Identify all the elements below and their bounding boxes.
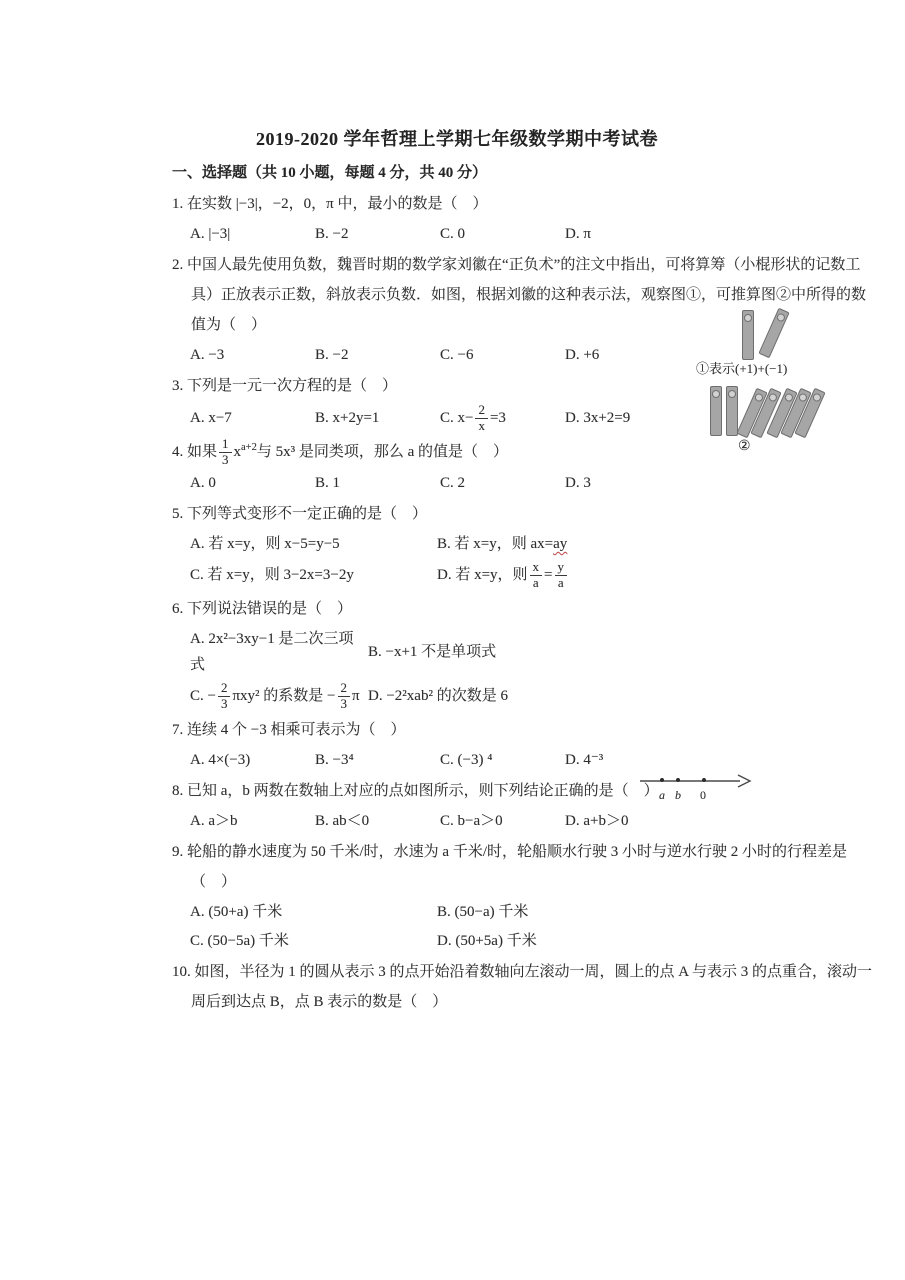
question-9-option-c: C. (50−5a) 千米: [190, 928, 437, 954]
question-3-option-a: A. x−7: [190, 405, 315, 431]
question-8-option-d: D. a+b＞0: [565, 808, 874, 834]
question-6-option-c: C. −23πxy² 的系数是 −23π: [190, 681, 368, 712]
option-text: B. 若 x=y，则 ax=: [437, 536, 553, 552]
question-1-option-c: C. 0: [440, 221, 565, 247]
question-8-stem: 8. 已知 a，b 两数在数轴上对应的点如图所示，则下列结论正确的是（ ）: [172, 776, 874, 806]
question-8-option-b: B. ab＜0: [315, 808, 440, 834]
fraction-denominator: 3: [338, 697, 351, 712]
question-9-options-row-1: A. (50+a) 千米 B. (50−a) 千米: [172, 899, 874, 925]
question-10: 10. 如图，半径为 1 的圆从表示 3 的点开始沿着数轴向左滚动一周，圆上的点…: [172, 957, 874, 1017]
fraction-denominator: a: [555, 576, 568, 591]
question-5-stem: 5. 下列等式变形不一定正确的是（ ）: [172, 499, 874, 529]
question-1-option-b: B. −2: [315, 221, 440, 247]
question-6-stem: 6. 下列说法错误的是（ ）: [172, 594, 874, 624]
fraction-denominator: x: [475, 419, 488, 434]
question-5-option-b: B. 若 x=y，则 ax=ay: [437, 531, 874, 557]
question-6-option-b: B. −x+1 不是单项式: [368, 639, 874, 665]
counting-rod-vertical: [710, 386, 722, 436]
numberline-label-zero: 0: [700, 788, 706, 802]
question-2-option-b: B. −2: [315, 342, 440, 368]
numberline-point-zero: [702, 778, 706, 782]
question-5-options-row-2: C. 若 x=y，则 3−2x=3−2y D. 若 x=y，则xa=ya: [172, 560, 874, 591]
question-10-stem: 10. 如图，半径为 1 的圆从表示 3 的点开始沿着数轴向左滚动一周，圆上的点…: [172, 957, 874, 1017]
numberline-label-b: b: [675, 788, 681, 802]
fraction: 2x: [475, 403, 488, 434]
fraction-numerator: 2: [475, 403, 488, 419]
question-5: 5. 下列等式变形不一定正确的是（ ） A. 若 x=y，则 x−5=y−5 B…: [172, 499, 874, 591]
question-4-options: A. 0 B. 1 C. 2 D. 3: [172, 470, 874, 496]
stem-text: 与 5x³ 是同类项，那么 a 的值是（ ）: [257, 444, 508, 460]
question-2: 2. 中国人最先使用负数，魏晋时期的数学家刘徽在“正负术”的注文中指出，可将算筹…: [172, 250, 874, 368]
question-7-option-a: A. 4×(−3): [190, 747, 315, 773]
fraction-denominator: 3: [219, 453, 232, 468]
stem-text: 4. 如果: [172, 444, 217, 460]
option-text: C. x−: [440, 410, 473, 426]
question-6: 6. 下列说法错误的是（ ） A. 2x²−3xy−1 是二次三项式 B. −x…: [172, 594, 874, 712]
numberline-point-b: [676, 778, 680, 782]
question-4-option-b: B. 1: [315, 470, 440, 496]
option-text: =3: [490, 410, 506, 426]
rods-figure-caption-2: ②: [738, 438, 778, 456]
option-text: C. −: [190, 688, 216, 704]
question-1-option-d: D. π: [565, 221, 874, 247]
question-7-options: A. 4×(−3) B. −3⁴ C. (−3) ⁴ D. 4⁻³: [172, 747, 874, 773]
question-5-option-d: D. 若 x=y，则xa=ya: [437, 560, 874, 591]
fraction-numerator: y: [555, 560, 568, 576]
counting-rod-slanted: [758, 308, 789, 359]
question-4-option-d: D. 3: [565, 470, 874, 496]
counting-rods-figure: ①表示(+1)+(−1) ②: [696, 300, 878, 462]
question-6-option-d: D. −2²xab² 的次数是 6: [368, 683, 874, 709]
option-text: =: [544, 567, 552, 583]
stem-text: x: [234, 444, 242, 460]
question-8-option-c: C. b−a＞0: [440, 808, 565, 834]
fraction-denominator: 3: [218, 697, 231, 712]
question-9-option-d: D. (50+5a) 千米: [437, 928, 874, 954]
question-1-option-a: A. |−3|: [190, 221, 315, 247]
page-title: 2019-2020 学年哲理上学期七年级数学期中考试卷: [172, 125, 742, 151]
question-9-stem: 9. 轮船的静水速度为 50 千米/时，水速为 a 千米/时，轮船顺水行驶 3 …: [172, 837, 874, 897]
wavy-underlined-text: ay: [553, 536, 567, 552]
question-5-option-a: A. 若 x=y，则 x−5=y−5: [190, 531, 437, 557]
question-5-option-c: C. 若 x=y，则 3−2x=3−2y: [190, 562, 437, 588]
question-8: 8. 已知 a，b 两数在数轴上对应的点如图所示，则下列结论正确的是（ ） a …: [172, 776, 874, 834]
fraction-denominator: a: [530, 576, 543, 591]
document-body: 2019-2020 学年哲理上学期七年级数学期中考试卷 一、选择题（共 10 小…: [172, 125, 874, 1017]
question-1: 1. 在实数 |−3|，−2，0，π 中，最小的数是（ ） A. |−3| B.…: [172, 189, 874, 247]
fraction-numerator: 2: [338, 681, 351, 697]
rods-figure-caption-1: ①表示(+1)+(−1): [696, 360, 878, 378]
question-3-option-b: B. x+2y=1: [315, 405, 440, 431]
numberline-point-a: [660, 778, 664, 782]
numberline-label-a: a: [659, 788, 665, 802]
option-text: π: [352, 688, 360, 704]
question-2-option-a: A. −3: [190, 342, 315, 368]
counting-rod-vertical: [742, 310, 754, 360]
question-8-option-a: A. a＞b: [190, 808, 315, 834]
fraction-numerator: 1: [219, 437, 232, 453]
question-7-stem: 7. 连续 4 个 −3 相乘可表示为（ ）: [172, 715, 874, 745]
question-6-option-a: A. 2x²−3xy−1 是二次三项式: [190, 626, 368, 678]
fraction-numerator: 2: [218, 681, 231, 697]
question-6-options-row-2: C. −23πxy² 的系数是 −23π D. −2²xab² 的次数是 6: [172, 681, 874, 712]
question-4-option-a: A. 0: [190, 470, 315, 496]
question-6-options-row-1: A. 2x²−3xy−1 是二次三项式 B. −x+1 不是单项式: [172, 626, 874, 678]
exponent: a+2: [241, 442, 257, 453]
question-1-stem: 1. 在实数 |−3|，−2，0，π 中，最小的数是（ ）: [172, 189, 874, 219]
question-7-option-c: C. (−3) ⁴: [440, 747, 565, 773]
counting-rod-vertical: [726, 386, 738, 436]
fraction-numerator: x: [530, 560, 543, 576]
question-7: 7. 连续 4 个 −3 相乘可表示为（ ） A. 4×(−3) B. −3⁴ …: [172, 715, 874, 773]
exam-paper-page: 2019-2020 学年哲理上学期七年级数学期中考试卷 一、选择题（共 10 小…: [0, 0, 905, 1280]
fraction: 23: [218, 681, 231, 712]
question-1-options: A. |−3| B. −2 C. 0 D. π: [172, 221, 874, 247]
question-5-options-row-1: A. 若 x=y，则 x−5=y−5 B. 若 x=y，则 ax=ay: [172, 531, 874, 557]
fraction: 13: [219, 437, 232, 468]
question-4-option-c: C. 2: [440, 470, 565, 496]
option-text: D. 若 x=y，则: [437, 567, 528, 583]
section-heading: 一、选择题（共 10 小题，每题 4 分，共 40 分）: [172, 161, 874, 185]
question-9-options-row-2: C. (50−5a) 千米 D. (50+5a) 千米: [172, 928, 874, 954]
question-9: 9. 轮船的静水速度为 50 千米/时，水速为 a 千米/时，轮船顺水行驶 3 …: [172, 837, 874, 954]
fraction: xa: [530, 560, 543, 591]
question-3-option-c: C. x−2x=3: [440, 403, 565, 434]
question-7-option-b: B. −3⁴: [315, 747, 440, 773]
question-8-options: A. a＞b B. ab＜0 C. b−a＞0 D. a+b＞0: [172, 808, 874, 834]
question-9-option-b: B. (50−a) 千米: [437, 899, 874, 925]
question-2-option-c: C. −6: [440, 342, 565, 368]
question-9-option-a: A. (50+a) 千米: [190, 899, 437, 925]
numberline-figure: a b 0: [638, 767, 756, 807]
fraction: 23: [338, 681, 351, 712]
option-text: πxy² 的系数是 −: [232, 688, 335, 704]
fraction: ya: [555, 560, 568, 591]
